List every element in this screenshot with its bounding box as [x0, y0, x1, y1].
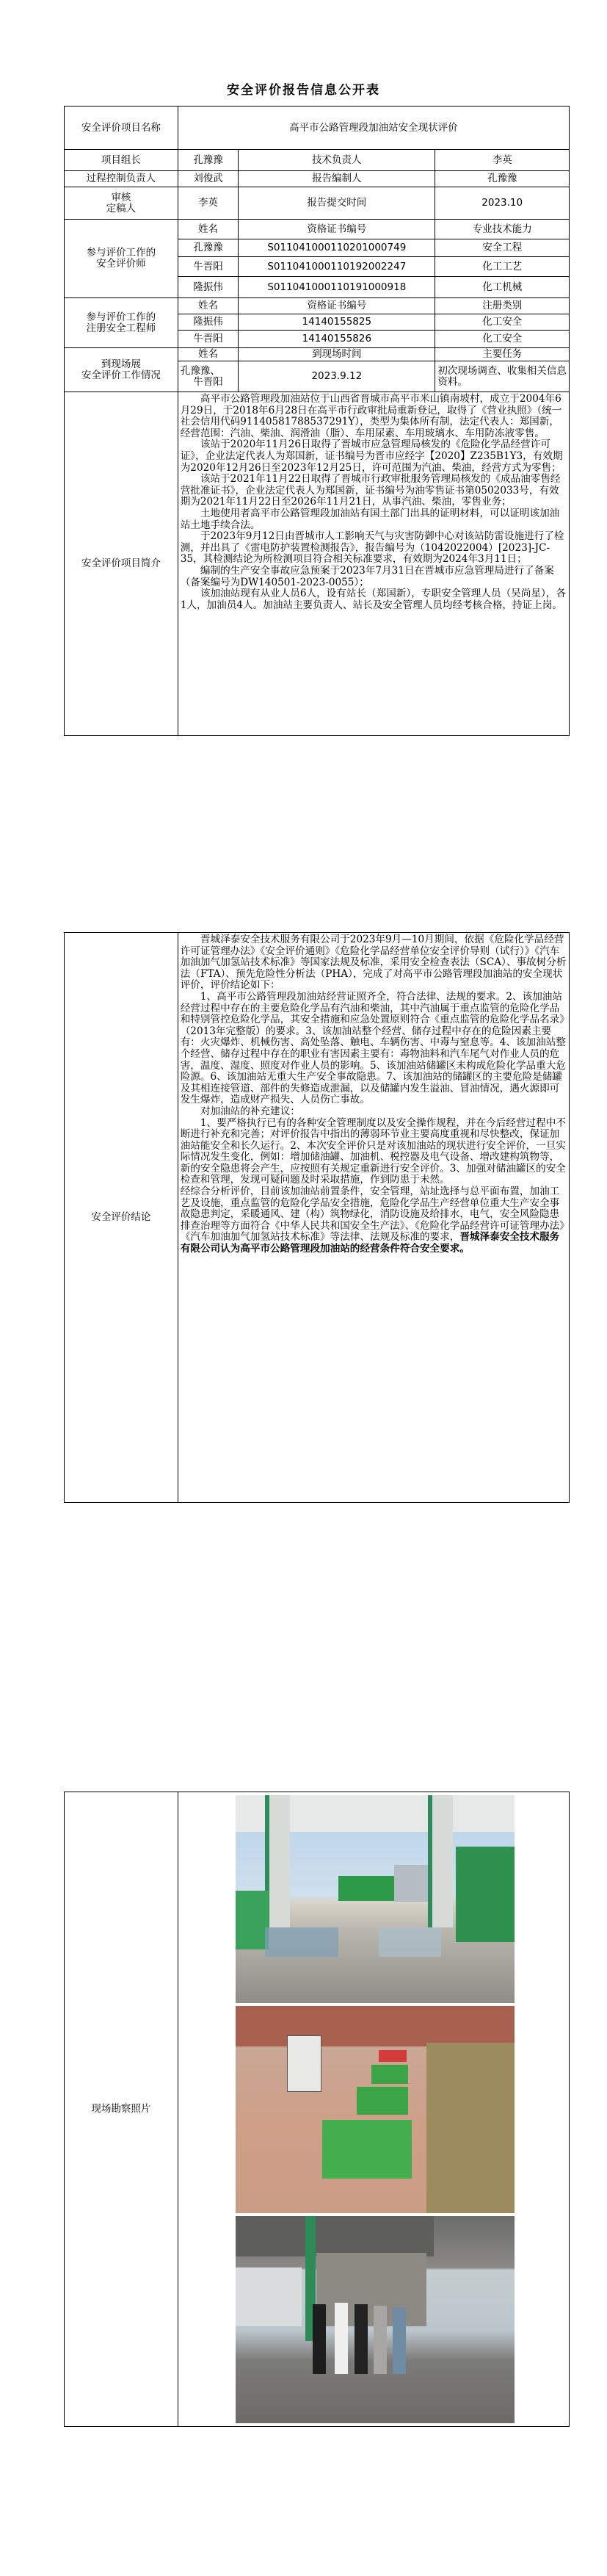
submit-label: 报告提交时间 — [239, 187, 435, 220]
photos-table: 现场勘察照片 — [64, 1792, 570, 2427]
site-work-label-line1: 到现场展 — [67, 359, 175, 370]
evaluator-cert: S011041000110201000749 — [239, 239, 435, 257]
info-table: 安全评价项目名称 高平市公路管理段加油站安全现状评价 项目组长 孔豫豫 技术负责… — [64, 106, 570, 736]
conclusion-paragraph: 晋城泽泰安全技术服务有限公司于2023年9月—10月期间，依据《危险化学品经营许… — [181, 934, 567, 992]
site-work-label-line2: 安全评价工作情况 — [67, 370, 175, 381]
engineer-cert: 14140155826 — [239, 331, 435, 348]
review-label: 审核定稿人 — [65, 187, 178, 220]
submit-value: 2023.10 — [435, 187, 570, 220]
evaluators-label-line2: 安全评价师 — [67, 259, 175, 270]
writer-label: 报告编制人 — [239, 171, 435, 187]
engineer-category: 化工安全 — [435, 314, 570, 331]
project-name-value: 高平市公路管理段加油站安全现状评价 — [178, 107, 569, 150]
evaluator-name: 隆振伟 — [178, 277, 239, 298]
intro-paragraph: 编制的生产安全事故应急预案于2023年7月31日在晋城市应急管理局进行了备案（备… — [181, 566, 567, 588]
tech-label: 技术负责人 — [239, 150, 435, 171]
leader-label: 项目组长 — [65, 150, 178, 171]
writer-value: 孔豫豫 — [435, 171, 570, 187]
document-title: 安全评价报告信息公开表 — [0, 79, 607, 98]
evaluator-name: 牛晋阳 — [178, 257, 239, 277]
engineer-name: 牛晋阳 — [178, 331, 239, 348]
intro-paragraph: 于2023年9月12日由晋城市人工影响天气与灾害防御中心对该站防雷设施进行了检测… — [181, 531, 567, 566]
conclusion-paragraph: 对加油站的补充建议： — [181, 1106, 567, 1118]
engineer-category: 化工安全 — [435, 331, 570, 348]
site-photo-tank-area — [236, 2006, 515, 2213]
engineer-cert: 14140155825 — [239, 314, 435, 331]
intro-paragraph: 该加油站现有从业人员6人，设有站长（郑国新），专职安全管理人员（吴尚星），各1人… — [181, 588, 567, 611]
intro-text: 高平市公路管理段加油站位于山西省晋城市高平市米山镇南坡村，成立于2004年6月2… — [178, 392, 569, 736]
evaluators-header-skill: 专业技术能力 — [435, 220, 570, 239]
tech-value: 李英 — [435, 150, 570, 171]
engineers-label: 参与评价工作的注册安全工程师 — [65, 298, 178, 348]
site-photo-canopy — [236, 1795, 515, 2003]
site-work-header-task: 主要任务 — [435, 348, 570, 361]
engineer-name: 隆振伟 — [178, 314, 239, 331]
process-value: 刘俊武 — [178, 171, 239, 187]
engineers-header-cert: 资格证书编号 — [239, 298, 435, 314]
evaluators-header-cert: 资格证书编号 — [239, 220, 435, 239]
intro-label: 安全评价项目简介 — [65, 392, 178, 736]
conclusion-table: 安全评价结论 晋城泽泰安全技术服务有限公司于2023年9月—10月期间，依据《危… — [64, 932, 570, 1503]
evaluators-label: 参与评价工作的安全评价师 — [65, 220, 178, 298]
engineers-label-line1: 参与评价工作的 — [67, 312, 175, 323]
site-work-names-line1: 孔豫豫、 — [181, 366, 236, 377]
site-work-task: 初次现场调查、收集相关信息资料。 — [435, 361, 570, 392]
engineers-header-category: 注册类别 — [435, 298, 570, 314]
review-value: 李英 — [178, 187, 239, 220]
site-work-names: 孔豫豫、牛晋阳 — [178, 361, 239, 392]
evaluator-name: 孔豫豫 — [178, 239, 239, 257]
conclusion-text: 晋城泽泰安全技术服务有限公司于2023年9月—10月期间，依据《危险化学品经营许… — [178, 933, 569, 1503]
engineers-header-name: 姓名 — [178, 298, 239, 314]
evaluator-skill: 安全工程 — [435, 239, 570, 257]
site-photo-team — [236, 2216, 515, 2423]
conclusion-label: 安全评价结论 — [65, 933, 178, 1503]
intro-paragraph: 该站于2020年11月26日取得了晋城市应急管理局核发的《危险化学品经营许可证》… — [181, 439, 567, 474]
evaluator-skill: 化工工艺 — [435, 257, 570, 277]
intro-paragraph: 土地使用者高平市公路管理段加油站有国土部门出具的证明材料，可以证明该加油站土地手… — [181, 508, 567, 531]
conclusion-final: 经综合分析评价，目前该加油站前置条件，安全管理，站址选择与总平面布置，加油工艺及… — [181, 1186, 567, 1255]
review-label-line1: 审核 — [67, 192, 175, 203]
intro-paragraph: 该站于2021年11月22日取得了晋城市行政审批服务管理局核发的《成品油零售经营… — [181, 474, 567, 508]
site-work-header-name: 姓名 — [178, 348, 239, 361]
site-work-date: 2023.9.12 — [239, 361, 435, 392]
conclusion-paragraph: 1、高平市公路管理段加油站经营证照齐全，符合法律、法规的要求。2、该加油站经营过… — [181, 992, 567, 1106]
site-work-label: 到现场展安全评价工作情况 — [65, 348, 178, 392]
evaluators-header-name: 姓名 — [178, 220, 239, 239]
project-name-label: 安全评价项目名称 — [65, 107, 178, 150]
evaluator-cert: S011041000110191000918 — [239, 277, 435, 298]
photos-cell — [178, 1792, 569, 2427]
evaluators-label-line1: 参与评价工作的 — [67, 248, 175, 259]
engineers-label-line2: 注册安全工程师 — [67, 323, 175, 334]
intro-paragraph: 高平市公路管理段加油站位于山西省晋城市高平市米山镇南坡村，成立于2004年6月2… — [181, 394, 567, 439]
leader-value: 孔豫豫 — [178, 150, 239, 171]
evaluator-skill: 化工机械 — [435, 277, 570, 298]
conclusion-paragraph: 1、要严格执行已有的各种安全管理制度以及安全操作规程，并在今后经营过程中不断进行… — [181, 1118, 567, 1187]
evaluator-cert: S011041000110192002247 — [239, 257, 435, 277]
photos-label: 现场勘察照片 — [65, 1792, 178, 2427]
process-label: 过程控制负责人 — [65, 171, 178, 187]
site-work-names-line2: 牛晋阳 — [181, 377, 236, 388]
review-label-line2: 定稿人 — [67, 203, 175, 214]
site-work-header-date: 到现场时间 — [239, 348, 435, 361]
